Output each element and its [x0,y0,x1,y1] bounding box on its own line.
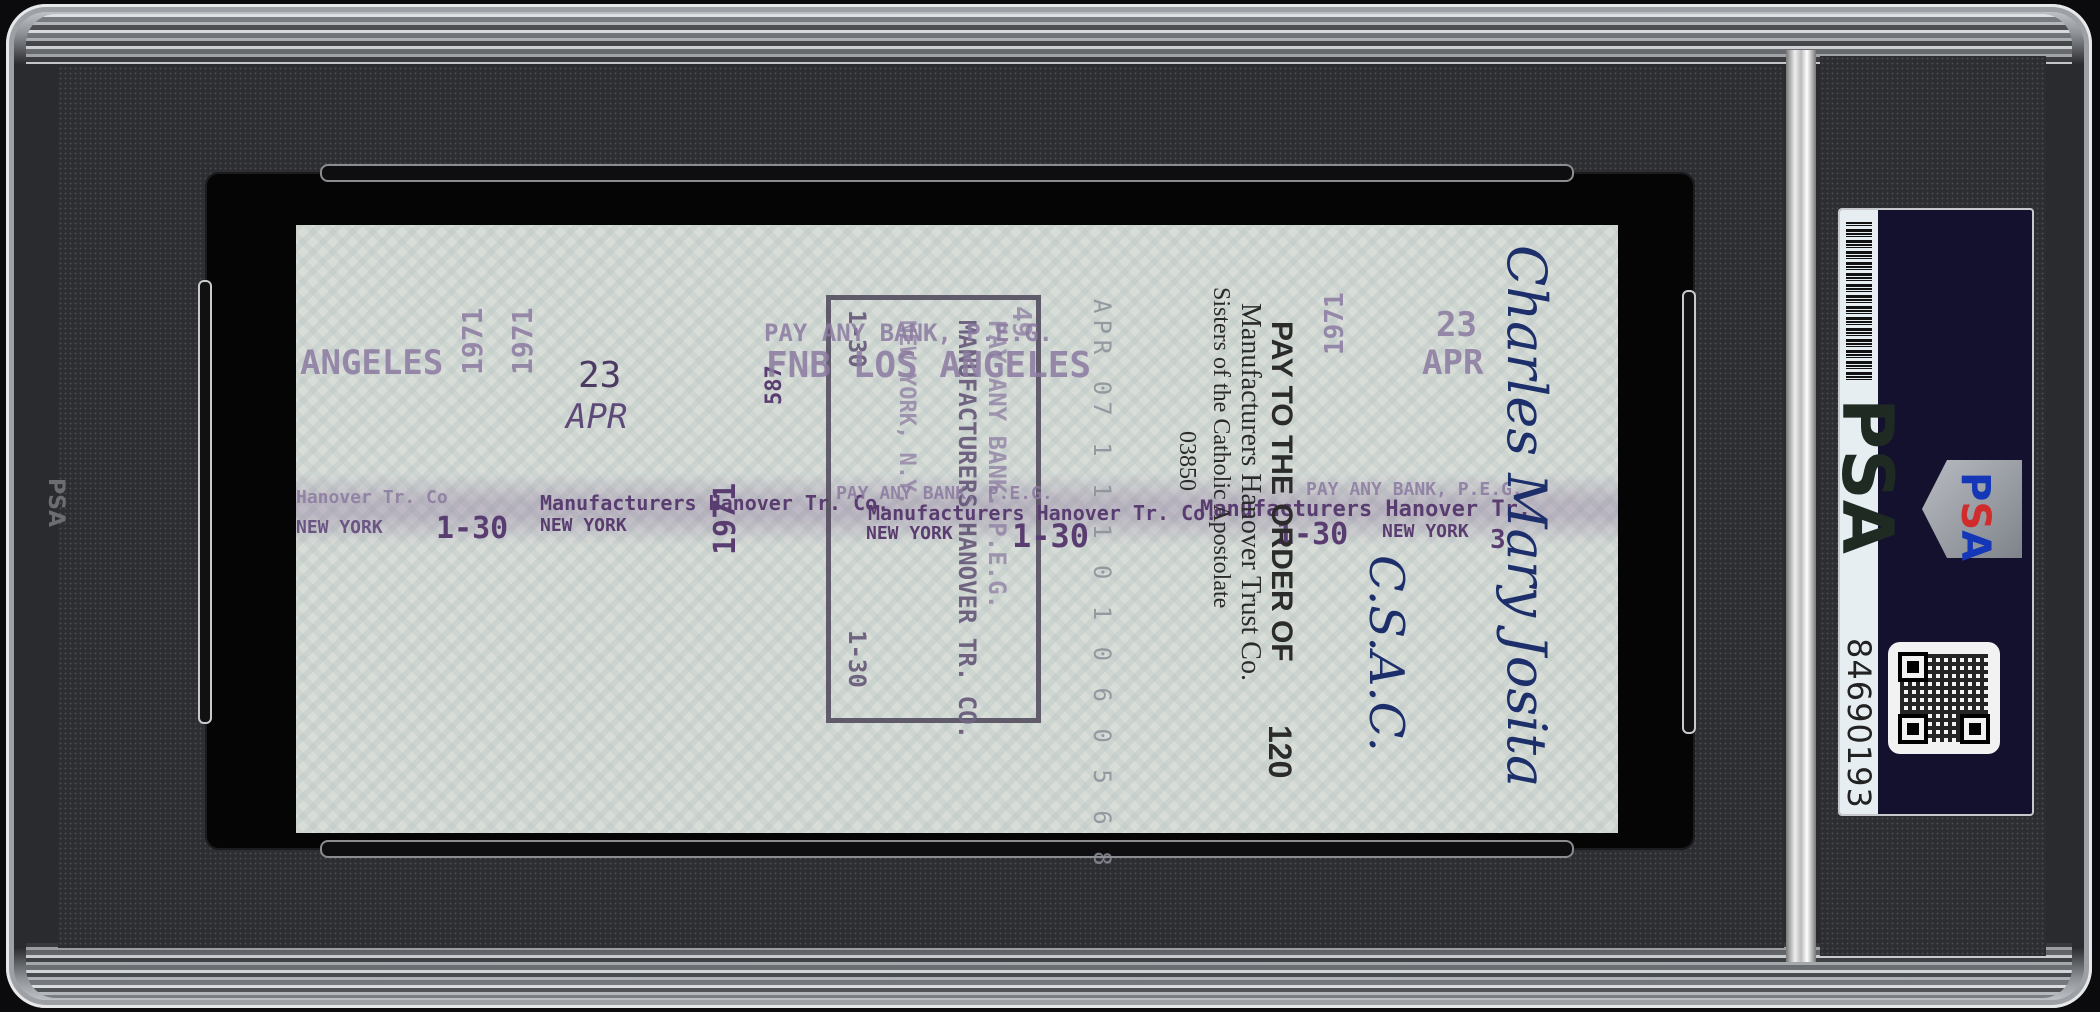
stamp-date-center: 1-30 [1012,517,1089,555]
stamp-right-day: 23 [1436,305,1477,345]
stamp-right-year: 1971 [1320,292,1350,355]
psa-color-logo: PSA [1952,472,1998,561]
stamp-year-faded-1: 1971 [456,308,489,375]
stamp-left-tr: Hanover Tr. Co [296,487,448,508]
qr-finder-bottom-right [1960,714,1990,744]
handwritten-order-initials: C.S.A.C. [1358,555,1414,752]
slab-emboss-logo: PSA [43,478,68,527]
payee-amount-code: 120 [1261,725,1298,778]
stamp-mid-ny: NEW YORK [540,515,627,536]
stamp-left-year: 1971 [708,483,743,555]
stamp-left-date: 1-30 [436,511,508,546]
stamp-pay-any-bank-1: PAY ANY BANK, P.E.G. [764,319,1053,347]
stamp-edge-3: 3 [1490,525,1506,555]
psa-watermark-logo: PSA [1838,258,1908,414]
payee-account: 03850 [1173,431,1200,491]
micr-number-faded: APR 07 1 1 1 0 1 0 6 0 5 6 8 [1088,299,1116,872]
stamp-right-month: APR [1422,343,1483,383]
stamp-fnb-los-angeles: FNB LOS ANGELES [766,345,1091,386]
box-stamp-date-bottom: 1-30 [843,630,871,688]
slab-top-ridges [26,14,2072,64]
check-document: ANGELES 1971 1971 23 APR 587 Hanover Tr.… [296,225,1618,833]
payee-label: PAY TO THE ORDER OF [1264,321,1298,662]
well-rail-left [198,280,212,724]
stamp-year-faded-2: 1971 [506,308,539,375]
well-rail-right [1682,290,1696,734]
handwritten-signature: Charles Mary Josita [1495,245,1558,787]
stamp-day: 23 [578,355,621,396]
cert-number: 84690193 [1840,638,1878,809]
well-rail-top [320,164,1574,182]
stamp-ny-center: NEW YORK [866,523,953,544]
qr-finder-top-left [1898,652,1928,682]
qr-finder-bottom-left [1898,714,1928,744]
qr-code-icon[interactable] [1888,642,2000,754]
stamp-month: APR [566,397,627,437]
stamp-la-faded: ANGELES [300,343,443,383]
payee-bank-name: Manufacturers Hanover Trust Co. [1234,303,1266,681]
stamp-left-ny: NEW YORK [296,517,383,538]
stamp-ny-right: NEW YORK [1382,521,1469,542]
payee-organization: Sisters of the Catholic Apostolate [1207,287,1234,608]
slab-bottom-ridges [26,943,2072,998]
psa-certification-label: 84690193 PSA PSA [1838,208,2034,816]
slab-label-divider [1786,50,1816,962]
well-rail-bottom [320,840,1574,858]
